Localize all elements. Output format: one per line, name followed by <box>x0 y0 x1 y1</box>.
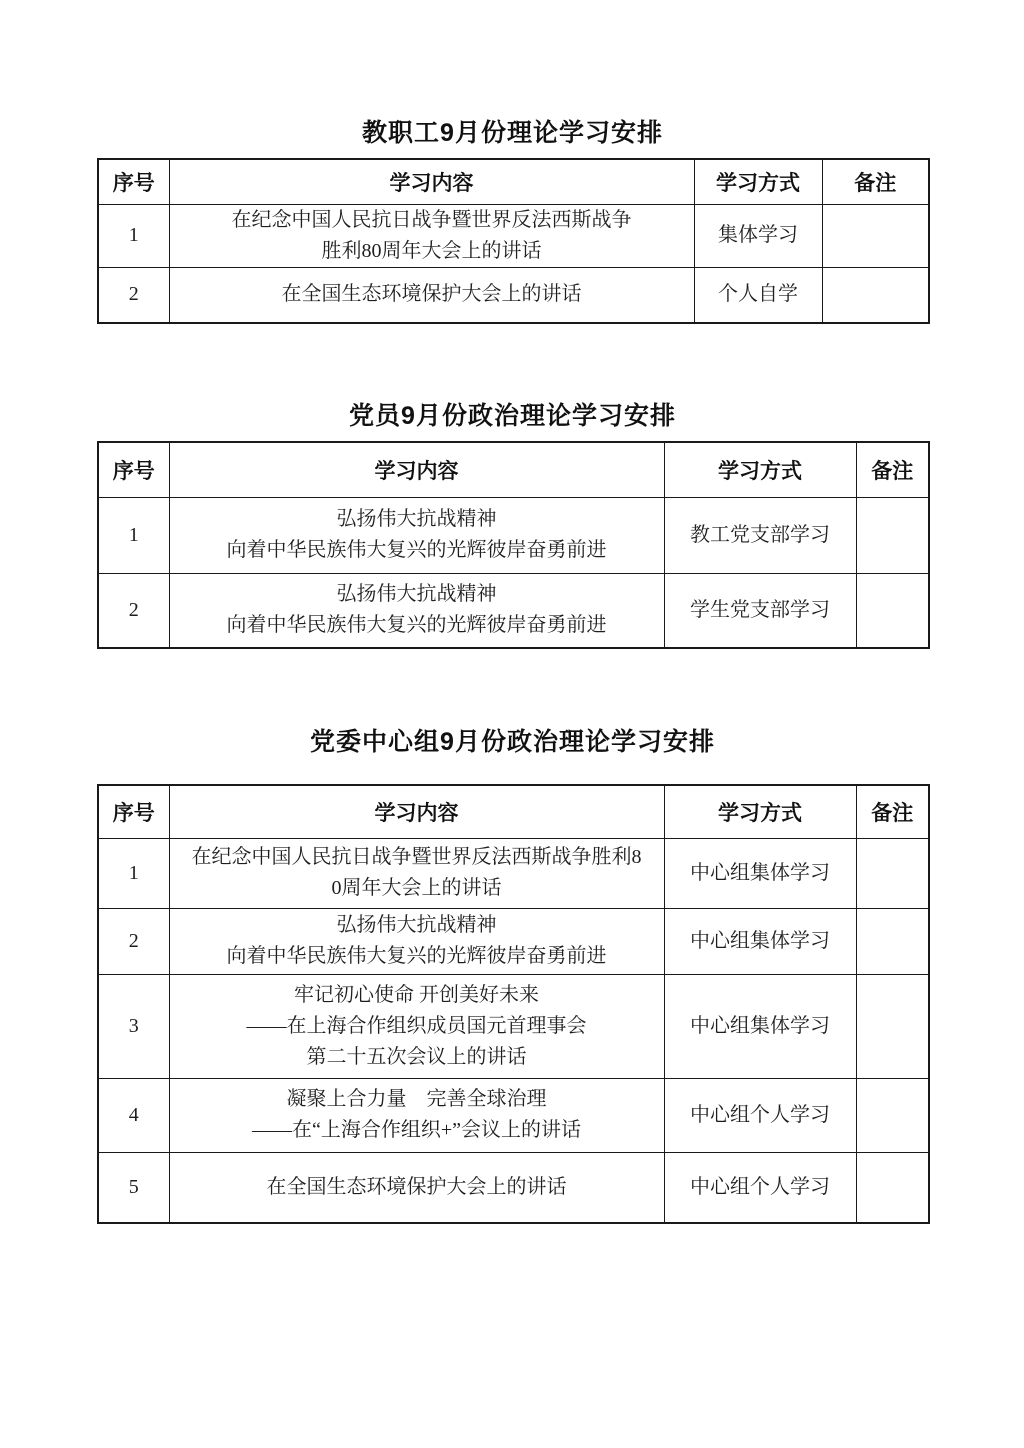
remark-cell <box>822 204 929 267</box>
remark-cell <box>856 1078 929 1152</box>
row-number: 2 <box>98 267 169 323</box>
study-table-faculty: 序号 学习内容 学习方式 备注 1 在纪念中国人民抗日战争暨世界反法西斯战争 胜… <box>97 158 930 324</box>
remark-cell <box>856 573 929 648</box>
remark-cell <box>856 974 929 1078</box>
study-method: 中心组集体学习 <box>664 908 856 974</box>
col-header-remark: 备注 <box>856 442 929 497</box>
table-header-row: 序号 学习内容 学习方式 备注 <box>98 159 929 204</box>
table-row: 4 凝聚上合力量 完善全球治理 ——在“上海合作组织+”会议上的讲话 中心组个人… <box>98 1078 929 1152</box>
study-method: 中心组个人学习 <box>664 1152 856 1223</box>
remark-cell <box>856 908 929 974</box>
row-number: 1 <box>98 497 169 573</box>
remark-cell <box>856 497 929 573</box>
study-method: 中心组集体学习 <box>664 838 856 908</box>
study-table-party-members: 序号 学习内容 学习方式 备注 1 弘扬伟大抗战精神 向着中华民族伟大复兴的光辉… <box>97 441 930 649</box>
document-page: 教职工9月份理论学习安排 序号 学习内容 学习方式 备注 1 在纪念中国人民抗日… <box>0 0 1024 1448</box>
table-title-party-members: 党员9月份政治理论学习安排 <box>97 400 928 433</box>
row-number: 5 <box>98 1152 169 1223</box>
col-header-content: 学习内容 <box>169 159 694 204</box>
study-method: 个人自学 <box>694 267 822 323</box>
remark-cell <box>856 1152 929 1223</box>
row-number: 4 <box>98 1078 169 1152</box>
study-content: 在全国生态环境保护大会上的讲话 <box>169 1152 664 1223</box>
study-content: 在纪念中国人民抗日战争暨世界反法西斯战争 胜利80周年大会上的讲话 <box>169 204 694 267</box>
col-header-content: 学习内容 <box>169 442 664 497</box>
study-content: 凝聚上合力量 完善全球治理 ——在“上海合作组织+”会议上的讲话 <box>169 1078 664 1152</box>
col-header-method: 学习方式 <box>694 159 822 204</box>
remark-cell <box>856 838 929 908</box>
col-header-content: 学习内容 <box>169 785 664 838</box>
study-method: 集体学习 <box>694 204 822 267</box>
col-header-method: 学习方式 <box>664 785 856 838</box>
row-number: 1 <box>98 204 169 267</box>
col-header-remark: 备注 <box>856 785 929 838</box>
table-row: 1 在纪念中国人民抗日战争暨世界反法西斯战争胜利8 0周年大会上的讲话 中心组集… <box>98 838 929 908</box>
study-method: 学生党支部学习 <box>664 573 856 648</box>
table-row: 2 弘扬伟大抗战精神 向着中华民族伟大复兴的光辉彼岸奋勇前进 中心组集体学习 <box>98 908 929 974</box>
table-row: 1 弘扬伟大抗战精神 向着中华民族伟大复兴的光辉彼岸奋勇前进 教工党支部学习 <box>98 497 929 573</box>
row-number: 2 <box>98 908 169 974</box>
col-header-no: 序号 <box>98 785 169 838</box>
row-number: 1 <box>98 838 169 908</box>
study-content: 弘扬伟大抗战精神 向着中华民族伟大复兴的光辉彼岸奋勇前进 <box>169 908 664 974</box>
table-title-central-group: 党委中心组9月份政治理论学习安排 <box>97 726 928 759</box>
study-method: 中心组个人学习 <box>664 1078 856 1152</box>
study-content: 牢记初心使命 开创美好未来 ——在上海合作组织成员国元首理事会 第二十五次会议上… <box>169 974 664 1078</box>
table-header-row: 序号 学习内容 学习方式 备注 <box>98 442 929 497</box>
col-header-method: 学习方式 <box>664 442 856 497</box>
study-content: 弘扬伟大抗战精神 向着中华民族伟大复兴的光辉彼岸奋勇前进 <box>169 573 664 648</box>
study-method: 中心组集体学习 <box>664 974 856 1078</box>
study-content: 在纪念中国人民抗日战争暨世界反法西斯战争胜利8 0周年大会上的讲话 <box>169 838 664 908</box>
table-header-row: 序号 学习内容 学习方式 备注 <box>98 785 929 838</box>
remark-cell <box>822 267 929 323</box>
table-row: 1 在纪念中国人民抗日战争暨世界反法西斯战争 胜利80周年大会上的讲话 集体学习 <box>98 204 929 267</box>
table-row: 5 在全国生态环境保护大会上的讲话 中心组个人学习 <box>98 1152 929 1223</box>
table-row: 3 牢记初心使命 开创美好未来 ——在上海合作组织成员国元首理事会 第二十五次会… <box>98 974 929 1078</box>
study-content: 在全国生态环境保护大会上的讲话 <box>169 267 694 323</box>
study-table-central-group: 序号 学习内容 学习方式 备注 1 在纪念中国人民抗日战争暨世界反法西斯战争胜利… <box>97 784 930 1224</box>
col-header-remark: 备注 <box>822 159 929 204</box>
study-content: 弘扬伟大抗战精神 向着中华民族伟大复兴的光辉彼岸奋勇前进 <box>169 497 664 573</box>
col-header-no: 序号 <box>98 159 169 204</box>
study-method: 教工党支部学习 <box>664 497 856 573</box>
row-number: 3 <box>98 974 169 1078</box>
table-row: 2 弘扬伟大抗战精神 向着中华民族伟大复兴的光辉彼岸奋勇前进 学生党支部学习 <box>98 573 929 648</box>
table-title-faculty: 教职工9月份理论学习安排 <box>97 117 928 150</box>
row-number: 2 <box>98 573 169 648</box>
table-row: 2 在全国生态环境保护大会上的讲话 个人自学 <box>98 267 929 323</box>
col-header-no: 序号 <box>98 442 169 497</box>
